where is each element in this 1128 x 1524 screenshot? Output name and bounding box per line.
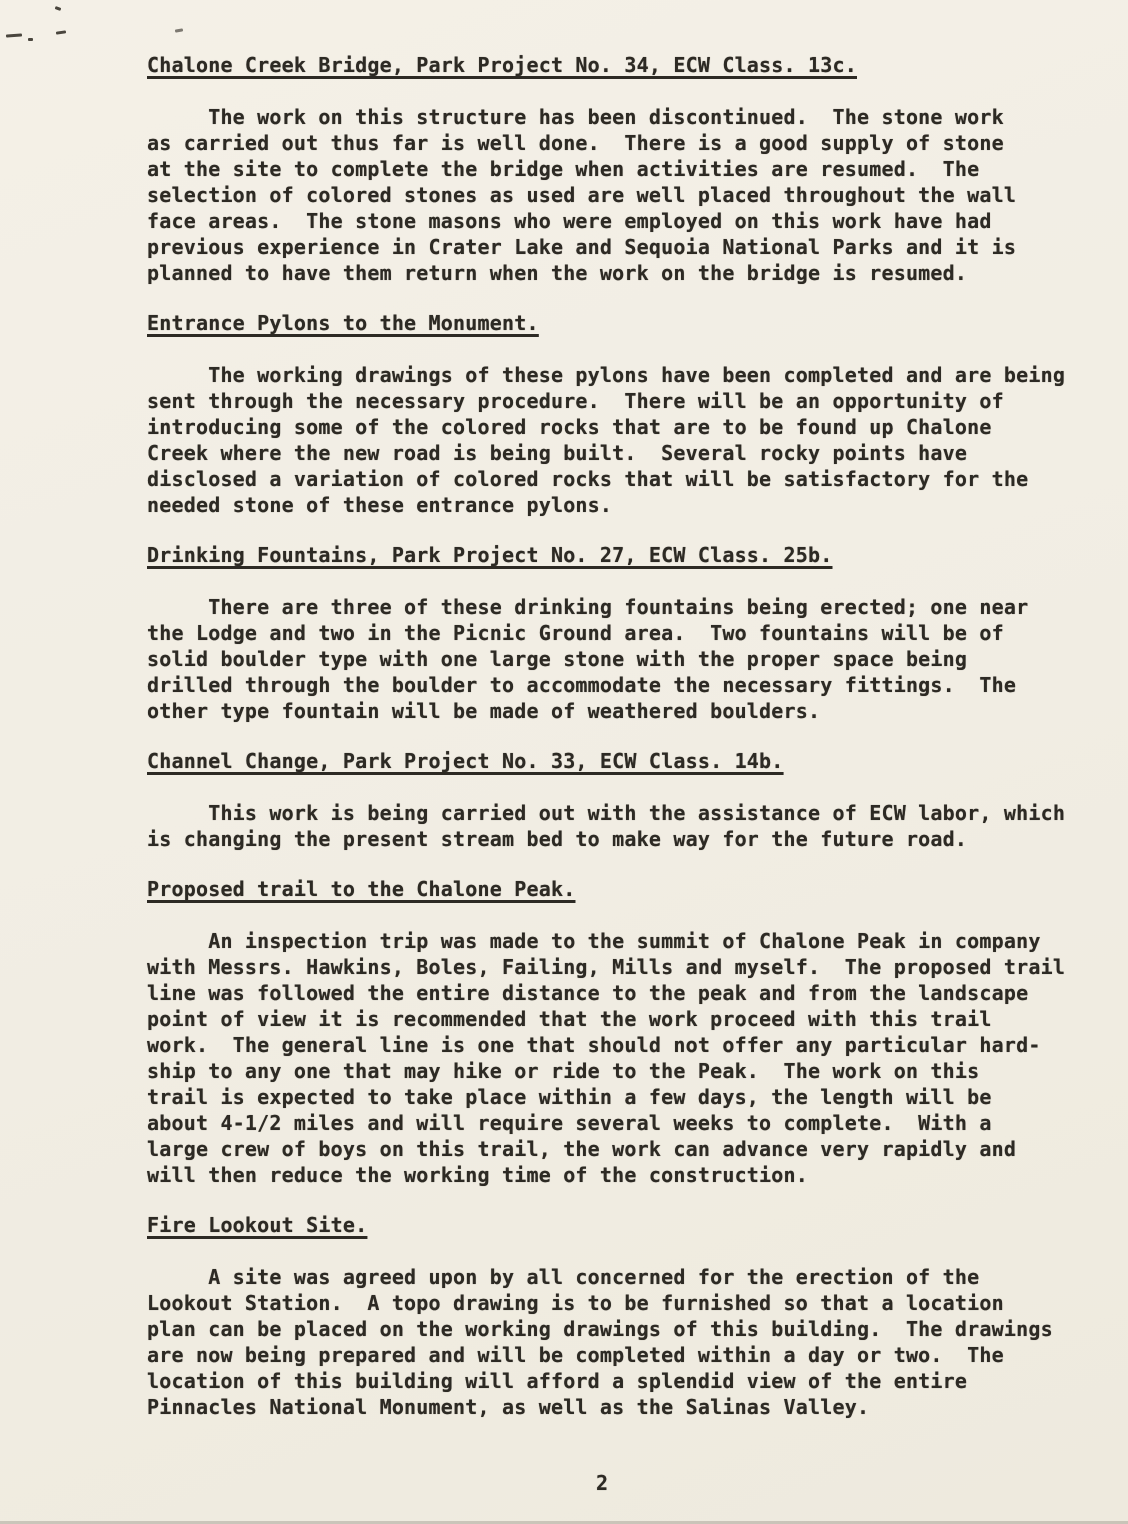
section-body: There are three of these drinking founta… [147, 594, 1088, 724]
section-body: A site was agreed upon by all concerned … [147, 1264, 1088, 1420]
section-heading: Proposed trail to the Chalone Peak. [147, 876, 1088, 902]
report-section-drinking-fountains: Drinking Fountains, Park Project No. 27,… [147, 542, 1088, 724]
section-body: The work on this structure has been disc… [147, 104, 1088, 286]
section-heading: Chalone Creek Bridge, Park Project No. 3… [147, 52, 1088, 78]
section-heading: Entrance Pylons to the Monument. [147, 310, 1088, 336]
pencil-mark [6, 33, 22, 37]
section-body: The working drawings of these pylons hav… [147, 362, 1088, 518]
section-body: An inspection trip was made to the summi… [147, 928, 1088, 1188]
section-heading: Channel Change, Park Project No. 33, ECW… [147, 748, 1088, 774]
section-body: This work is being carried out with the … [147, 800, 1088, 852]
pencil-mark [56, 30, 66, 34]
report-section-channel-change: Channel Change, Park Project No. 33, ECW… [147, 748, 1088, 852]
section-heading: Drinking Fountains, Park Project No. 27,… [147, 542, 1088, 568]
report-section-entrance-pylons: Entrance Pylons to the Monument. The wor… [147, 310, 1088, 518]
page-number: 2 [596, 1470, 1088, 1496]
report-section-fire-lookout: Fire Lookout Site. A site was agreed upo… [147, 1212, 1088, 1420]
pencil-mark [175, 28, 183, 32]
pencil-mark [55, 6, 62, 11]
report-section-proposed-trail: Proposed trail to the Chalone Peak. An i… [147, 876, 1088, 1188]
report-section-chalone-creek-bridge: Chalone Creek Bridge, Park Project No. 3… [147, 52, 1088, 286]
section-heading: Fire Lookout Site. [147, 1212, 1088, 1238]
pencil-mark [28, 38, 33, 41]
document-page: Chalone Creek Bridge, Park Project No. 3… [0, 0, 1128, 1524]
